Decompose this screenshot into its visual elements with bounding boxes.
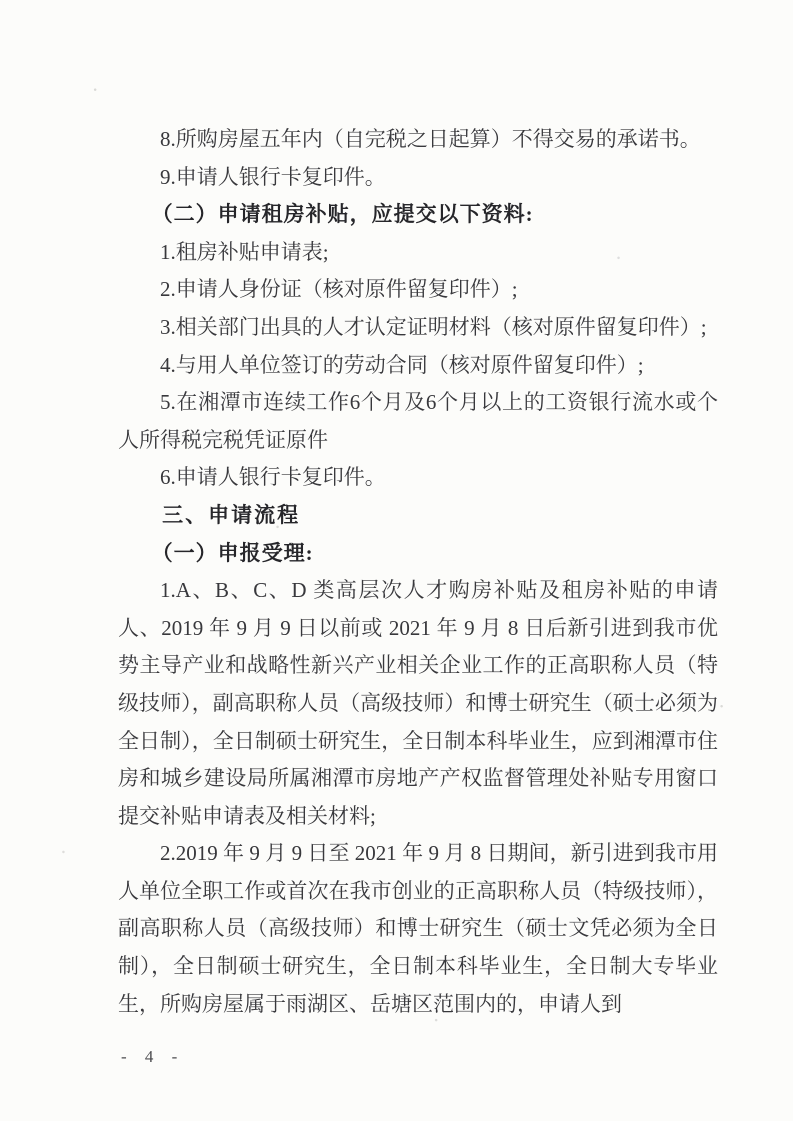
document-paragraph: 5.在湘潭市连续工作6个月及6个月以上的工资银行流水或个人所得税完税凭证原件 [118, 384, 718, 459]
document-paragraph: 9.申请人银行卡复印件。 [118, 159, 718, 197]
document-paragraph: 2.2019 年 9 月 9 日至 2021 年 9 月 8 日期间，新引进到我… [118, 835, 718, 1023]
document-page: 8.所购房屋五年内（自完税之日起算）不得交易的承诺书。 9.申请人银行卡复印件。… [0, 0, 793, 1121]
document-paragraph: 2.申请人身份证（核对原件留复印件）; [118, 271, 718, 309]
subsection-heading-declaration-acceptance: （一）申报受理: [118, 535, 718, 573]
section-heading-rent-subsidy-materials: （二）申请租房补贴，应提交以下资料: [118, 196, 718, 234]
document-paragraph: 3.相关部门出具的人才认定证明材料（核对原件留复印件）; [118, 309, 718, 347]
document-paragraph: 1.A、B、C、D 类高层次人才购房补贴及租房补贴的申请人、2019 年 9 月… [118, 572, 718, 835]
document-paragraph: 4.与用人单位签订的劳动合同（核对原件留复印件）; [118, 347, 718, 385]
document-paragraph: 6.申请人银行卡复印件。 [118, 459, 718, 497]
page-number: - 4 - [121, 1046, 184, 1068]
section-heading-application-process: 三、申请流程 [118, 497, 718, 535]
document-paragraph: 8.所购房屋五年内（自完税之日起算）不得交易的承诺书。 [118, 121, 718, 159]
document-content: 8.所购房屋五年内（自完税之日起算）不得交易的承诺书。 9.申请人银行卡复印件。… [118, 121, 718, 1023]
document-paragraph: 1.租房补贴申请表; [118, 234, 718, 272]
